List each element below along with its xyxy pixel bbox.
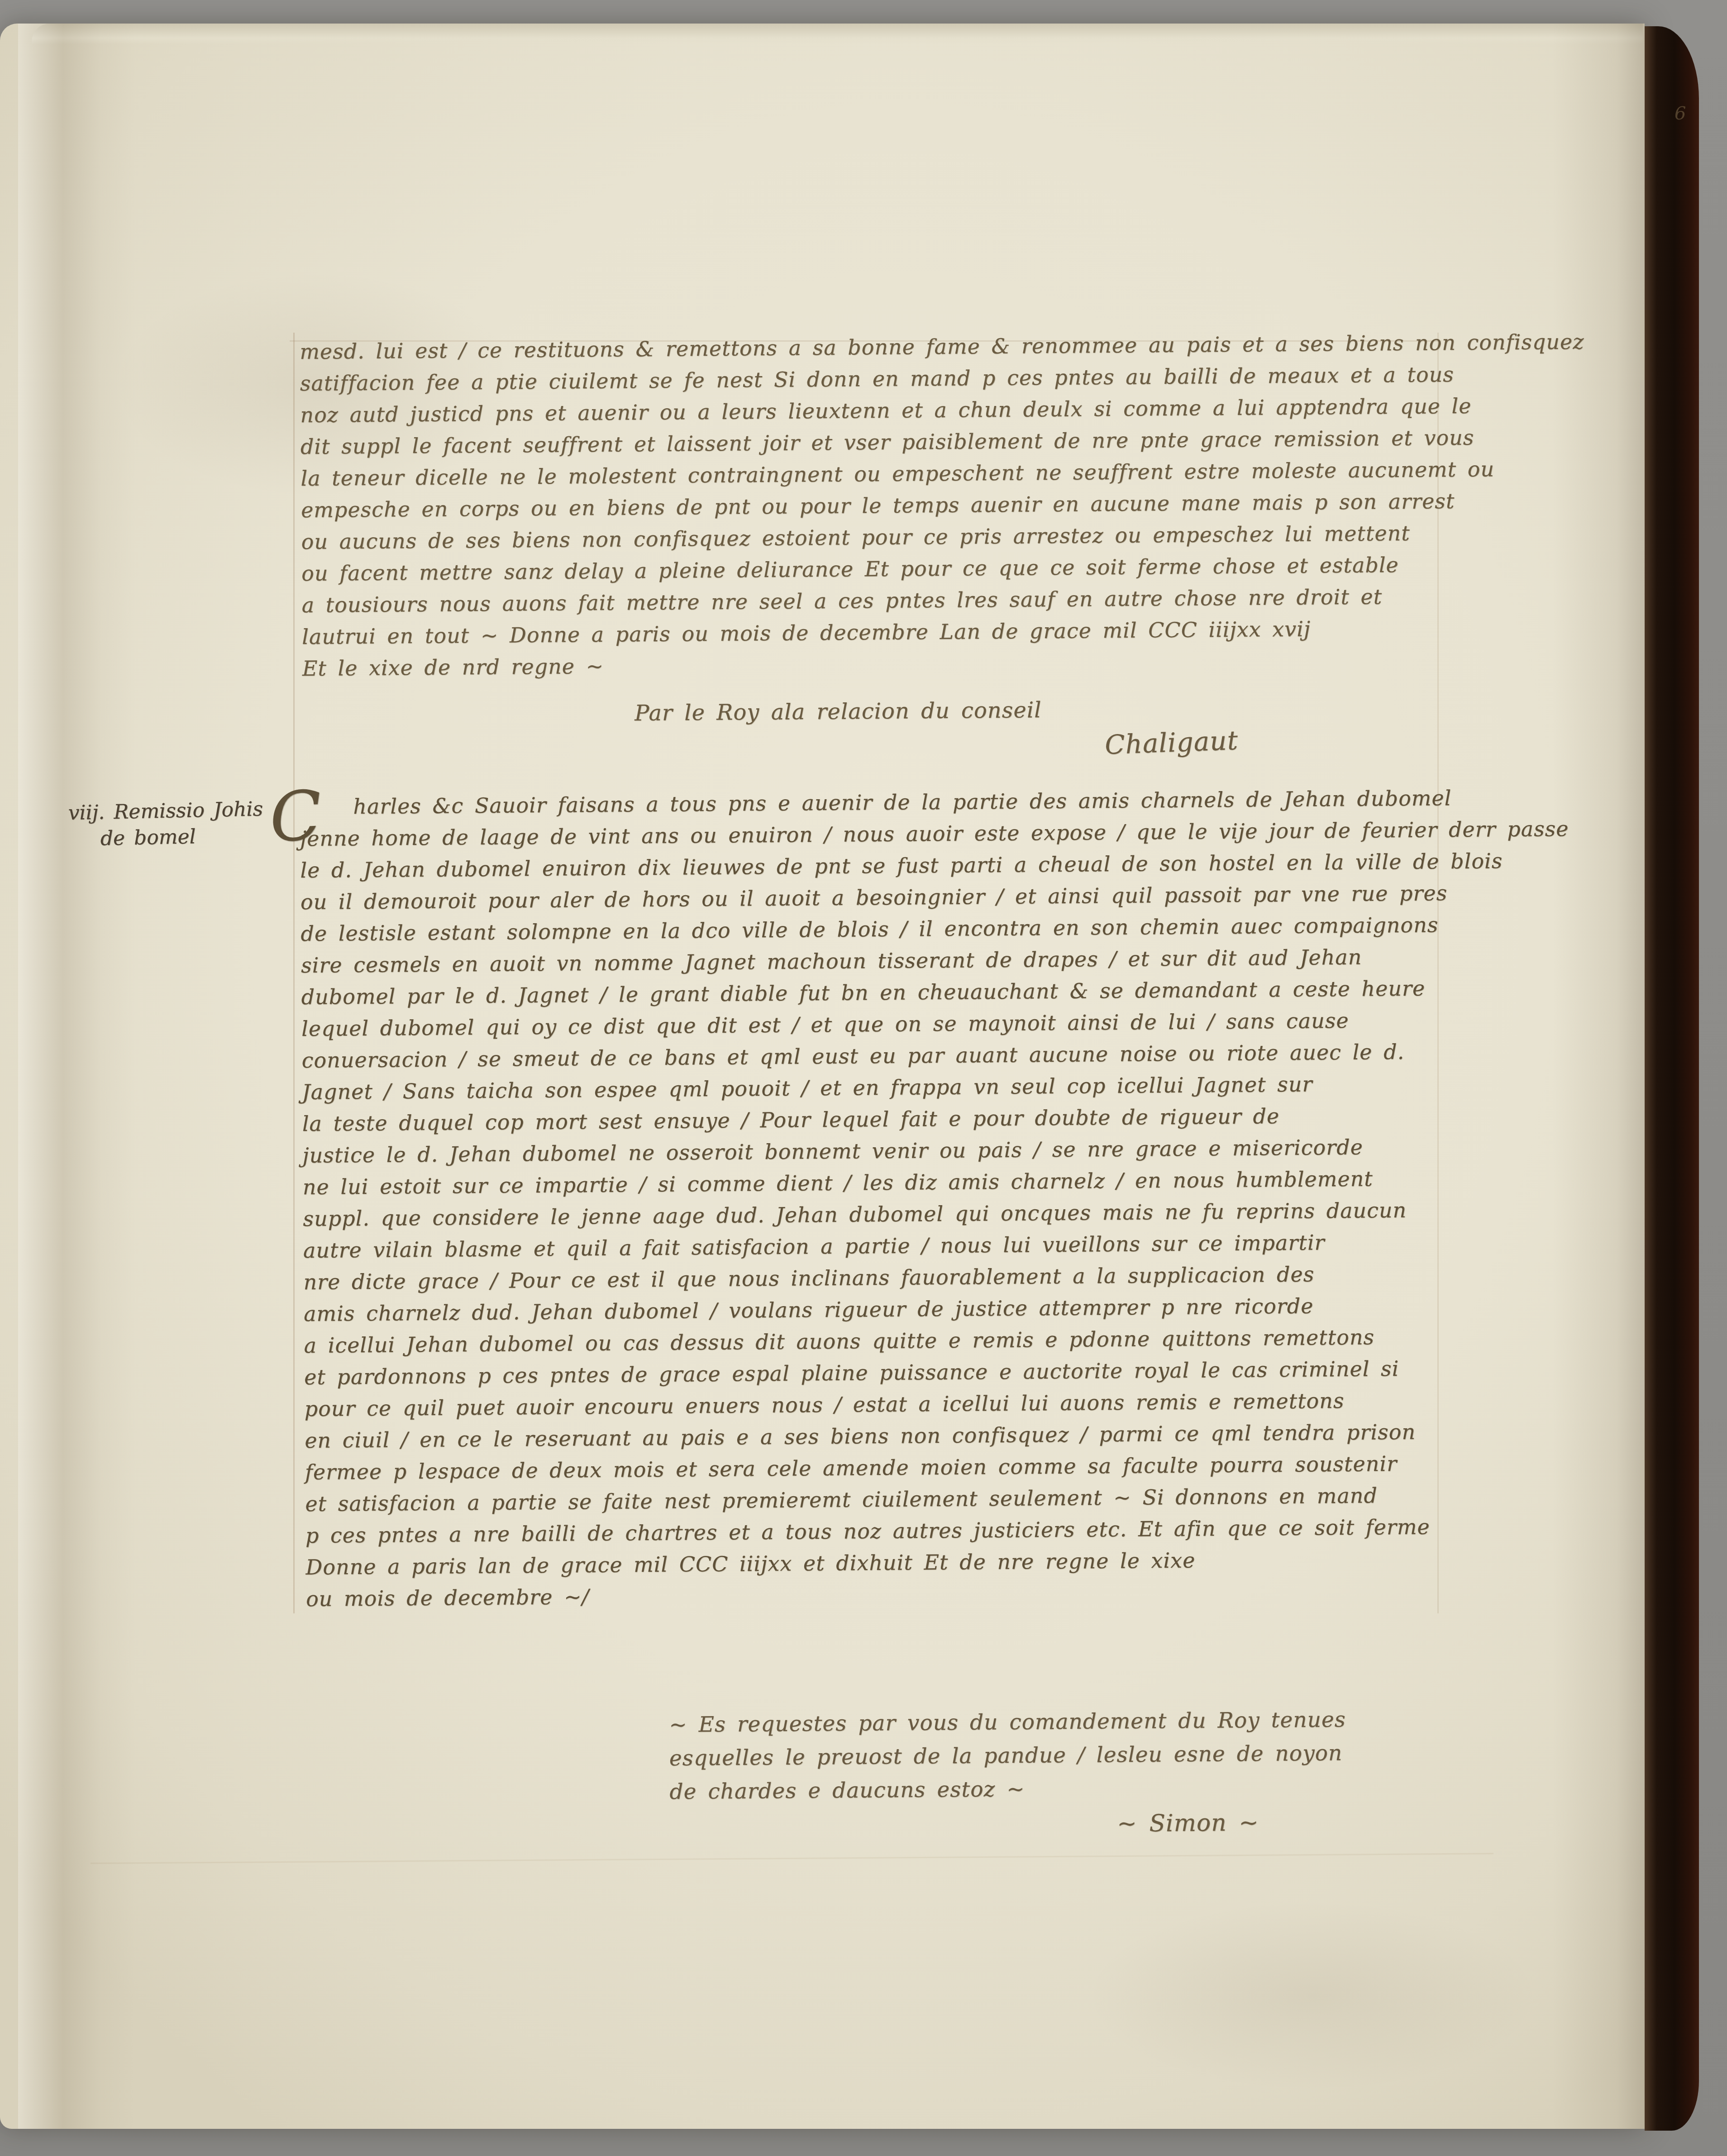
manuscript-photo: { "colors": { "backdrop_gray": "#8e8d8a"… xyxy=(0,0,1727,2156)
royal-subscription: Par le Roy ala relacion du conseil xyxy=(635,697,1042,726)
book-binding-edge xyxy=(1645,26,1699,2131)
manuscript-line: esquelles le preuost de la pandue / lesl… xyxy=(669,1736,1346,1775)
page-top-edge xyxy=(32,24,1643,44)
closing-certification: ~ Es requestes par vous du comandement d… xyxy=(669,1703,1346,1809)
folio-number: 6 xyxy=(1675,103,1686,124)
margin-note-line: de bomel xyxy=(68,822,264,853)
clerk-signature-simon: ~ Simon ~ xyxy=(1117,1809,1259,1837)
parchment-stain xyxy=(1086,1901,1539,2091)
margin-note-remissio: viij. Remissio Johis de bomel xyxy=(68,796,264,853)
manuscript-line: ~ Es requestes par vous du comandement d… xyxy=(669,1703,1346,1742)
gutter-shadow xyxy=(18,24,136,2129)
entry-2-text: harles &c Sauoir faisans a tous pns e au… xyxy=(300,782,1446,1615)
entry-1-text: mesd. lui est / ce restituons & remetton… xyxy=(300,327,1443,684)
margin-note-line: viij. Remissio Johis xyxy=(68,796,263,826)
ruling-line-left xyxy=(293,333,295,1613)
secretary-signature-chaligaut: Chaligaut xyxy=(1104,725,1239,760)
manuscript-line: de chardes e daucuns estoz ~ xyxy=(669,1770,1346,1809)
